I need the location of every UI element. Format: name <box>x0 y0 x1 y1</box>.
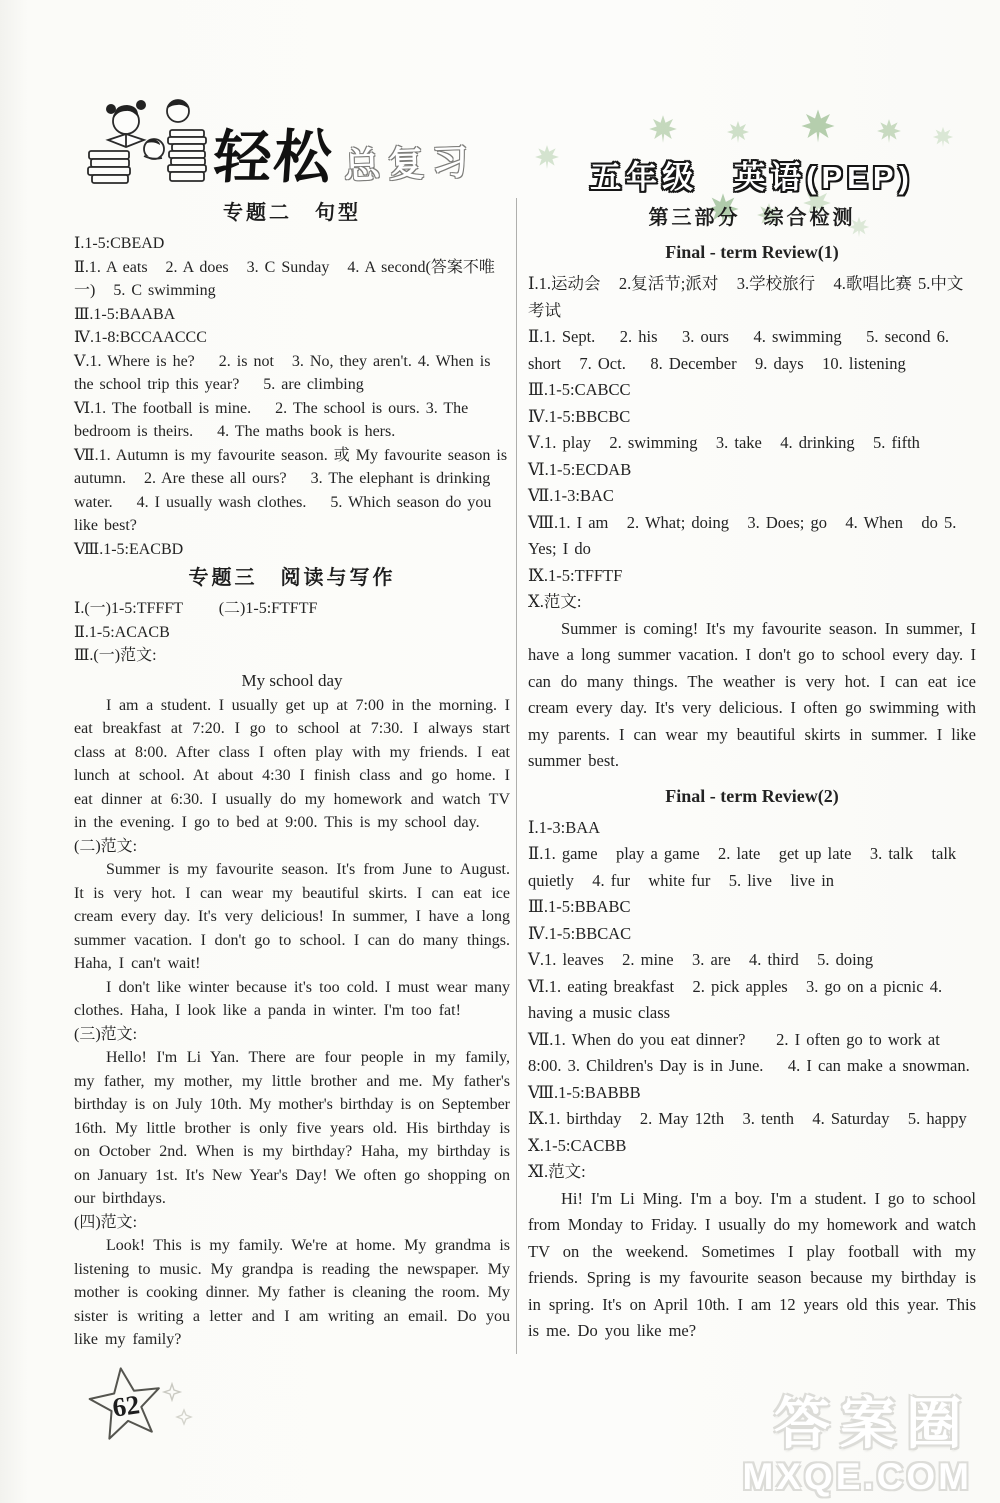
column-divider <box>516 198 517 1354</box>
section-title-topic3: 专题三 阅读与写作 <box>74 563 510 593</box>
answer-line: Ⅰ.(一)1-5:TFFFT (二)1-5:FTFTF <box>74 597 510 621</box>
essay-paragraph: Hello! I'm Li Yan. There are four people… <box>74 1046 510 1211</box>
leaf-icon <box>534 144 560 170</box>
answer-line: Ⅴ.1. Where is he? 2. is not 3. No, they … <box>74 350 510 397</box>
answer-line: Ⅵ.1. eating breakfast 2. pick apples 3. … <box>528 974 976 1027</box>
answer-line: Ⅰ.1-3:BAA <box>528 815 976 842</box>
answer-line: Ⅲ.1-5:BAABA <box>74 303 510 327</box>
answer-line: Ⅵ.1-5:ECDAB <box>528 457 976 484</box>
logo-subtitle: 总复习 <box>343 134 477 190</box>
leaf-icon <box>648 114 678 144</box>
answer-line: Ⅲ.(一)范文: <box>74 644 510 668</box>
answer-line: Ⅷ.1. I am 2. What; doing 3. Does; go 4. … <box>528 510 976 563</box>
answer-line: Ⅴ.1. leaves 2. mine 3. are 4. third 5. d… <box>528 947 976 974</box>
watermark-brand: 答案圈 <box>742 1396 972 1452</box>
scanned-answer-page: 轻松 总复习 专题二 句型 Ⅰ.1-5:CBEAD Ⅱ.1. A eats 2.… <box>0 0 1000 1503</box>
leaf-decoration-row <box>528 108 976 152</box>
answer-line: Ⅺ.范文: <box>528 1159 976 1186</box>
leaf-icon <box>800 108 836 144</box>
section-title-part3: 第三部分 综合检测 <box>528 203 976 233</box>
answer-line: Ⅲ.1-5:BBABC <box>528 894 976 921</box>
leaf-icon <box>932 126 954 148</box>
sparkle-icon <box>177 1410 191 1424</box>
answer-line: Ⅱ.1. A eats 2. A does 3. C Sunday 4. A s… <box>74 256 510 303</box>
watermark-url: MXQE.COM <box>742 1458 972 1495</box>
watermark: 答案圈 MXQE.COM <box>742 1396 972 1495</box>
answer-line: Ⅷ.1-5:EACBD <box>74 538 510 562</box>
leaf-icon <box>726 120 750 144</box>
page-number-star-icon: 62 <box>84 1362 194 1452</box>
answer-line: Ⅳ.1-5:BBCAC <box>528 921 976 948</box>
logo-title: 轻松 <box>211 110 337 194</box>
right-column: 五年级 英语(PEP) 第三部分 综合检测 Final - term Revie… <box>528 108 976 1345</box>
answer-line: Ⅴ.1. play 2. swimming 3. take 4. drinkin… <box>528 430 976 457</box>
leaf-icon <box>876 118 902 144</box>
answer-line: Ⅵ.1. The football is mine. 2. The school… <box>74 397 510 444</box>
answer-line: Ⅳ.1-5:BBCBC <box>528 404 976 431</box>
essay-label: (四)范文: <box>74 1211 510 1235</box>
book-logo: 轻松 总复习 <box>86 92 526 196</box>
answer-line: Ⅱ.1. Sept. 2. his 3. ours 4. swimming 5.… <box>528 324 976 377</box>
essay-paragraph: Summer is coming! It's my favourite seas… <box>528 616 976 775</box>
answer-line: Ⅹ.1-5:CACBB <box>528 1133 976 1160</box>
review2-title: Final - term Review(2) <box>528 781 976 811</box>
essay-label: (二)范文: <box>74 835 510 859</box>
answer-line: Ⅸ.1. birthday 2. May 12th 3. tenth 4. Sa… <box>528 1106 976 1133</box>
answer-line: Ⅹ.范文: <box>528 589 976 616</box>
review1-title: Final - term Review(1) <box>528 237 976 267</box>
sparkle-icon <box>164 1384 180 1400</box>
kids-reading-illustration <box>86 94 216 190</box>
essay-paragraph: Summer is my favourite season. It's from… <box>74 858 510 976</box>
answer-line: Ⅰ.1.运动会 2.复活节;派对 3.学校旅行 4.歌唱比赛 5.中文考试 <box>528 271 976 324</box>
left-column: 专题二 句型 Ⅰ.1-5:CBEAD Ⅱ.1. A eats 2. A does… <box>74 196 510 1352</box>
answer-line: Ⅶ.1. Autumn is my favourite season. 或 My… <box>74 444 510 538</box>
essay-paragraph: Hi! I'm Li Ming. I'm a boy. I'm a studen… <box>528 1186 976 1345</box>
essay-paragraph: I don't like winter because it's too col… <box>74 976 510 1023</box>
answer-line: Ⅷ.1-5:BABBB <box>528 1080 976 1107</box>
essay-label: (三)范文: <box>74 1023 510 1047</box>
answer-line: Ⅸ.1-5:TFFTF <box>528 563 976 590</box>
answer-line: Ⅰ.1-5:CBEAD <box>74 232 510 256</box>
answer-line: Ⅲ.1-5:CABCC <box>528 377 976 404</box>
answer-line: Ⅶ.1-3:BAC <box>528 483 976 510</box>
answer-line: Ⅳ.1-8:BCCAACCC <box>74 326 510 350</box>
section-title-topic2: 专题二 句型 <box>74 198 510 228</box>
answer-line: Ⅱ.1-5:ACACB <box>74 621 510 645</box>
essay-paragraph: Look! This is my family. We're at home. … <box>74 1234 510 1352</box>
essay-title: My school day <box>74 668 510 694</box>
answer-line: Ⅶ.1. When do you eat dinner? 2. I often … <box>528 1027 976 1080</box>
answer-line: Ⅱ.1. game play a game 2. late get up lat… <box>528 841 976 894</box>
essay-paragraph: I am a student. I usually get up at 7:00… <box>74 694 510 835</box>
page-number: 62 <box>111 1389 142 1422</box>
grade-subject-title: 五年级 英语(PEP) <box>528 152 976 197</box>
